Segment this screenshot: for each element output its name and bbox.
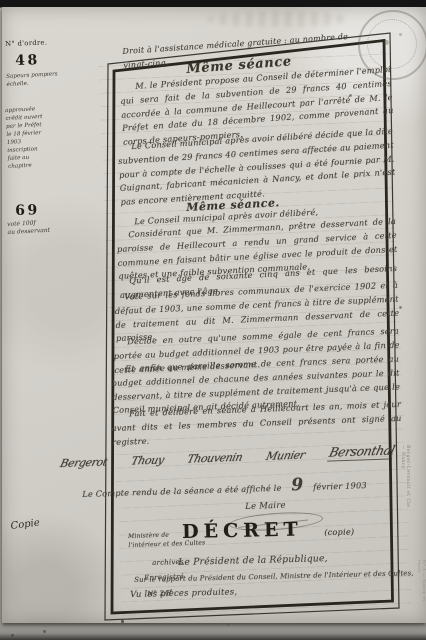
entry-48-approval-note: approuvée crédit ouvert par le Préfet le… (5, 105, 45, 171)
decret-heading: DÉCRET (copie) (182, 522, 355, 542)
signature: Bersonthal (327, 443, 396, 461)
signature: Bergerot (59, 455, 109, 471)
entry-number-69: 69 (15, 202, 40, 219)
paper-specks (2, 7, 3, 8)
signature: Thouvenin (186, 451, 244, 467)
signature: Thouy (129, 453, 165, 468)
printer-mark: Berger-Levrault et Cie — Nancy (400, 445, 410, 509)
decret-copy-note: (copie) (324, 527, 354, 537)
printer-mark: N° 1 — Nancy et Paris (417, 560, 426, 608)
decret-line-pieces: Vu les pièces produites, (130, 586, 238, 602)
ink-bleed-through (207, 11, 347, 27)
postmark-marks (384, 40, 389, 45)
entry-48-title: Sapeurs pompiers échelle. (6, 70, 58, 89)
document-scan: { "scan": { "printer_mark_1": "Berger-Le… (0, 0, 426, 640)
entry-number-48: 48 (15, 52, 40, 69)
decret-margin-ministry: Ministère de l'intérieur et des Cultes (128, 530, 205, 550)
register-page-paper: N° d'ordre. 48 Sapeurs pompiers échelle.… (2, 7, 426, 623)
signature: Munier (265, 448, 307, 463)
entry-69-note: voté 100f au desservant (7, 219, 50, 237)
order-number-label: N° d'ordre. (5, 39, 47, 48)
posting-day: 9 (284, 475, 311, 496)
